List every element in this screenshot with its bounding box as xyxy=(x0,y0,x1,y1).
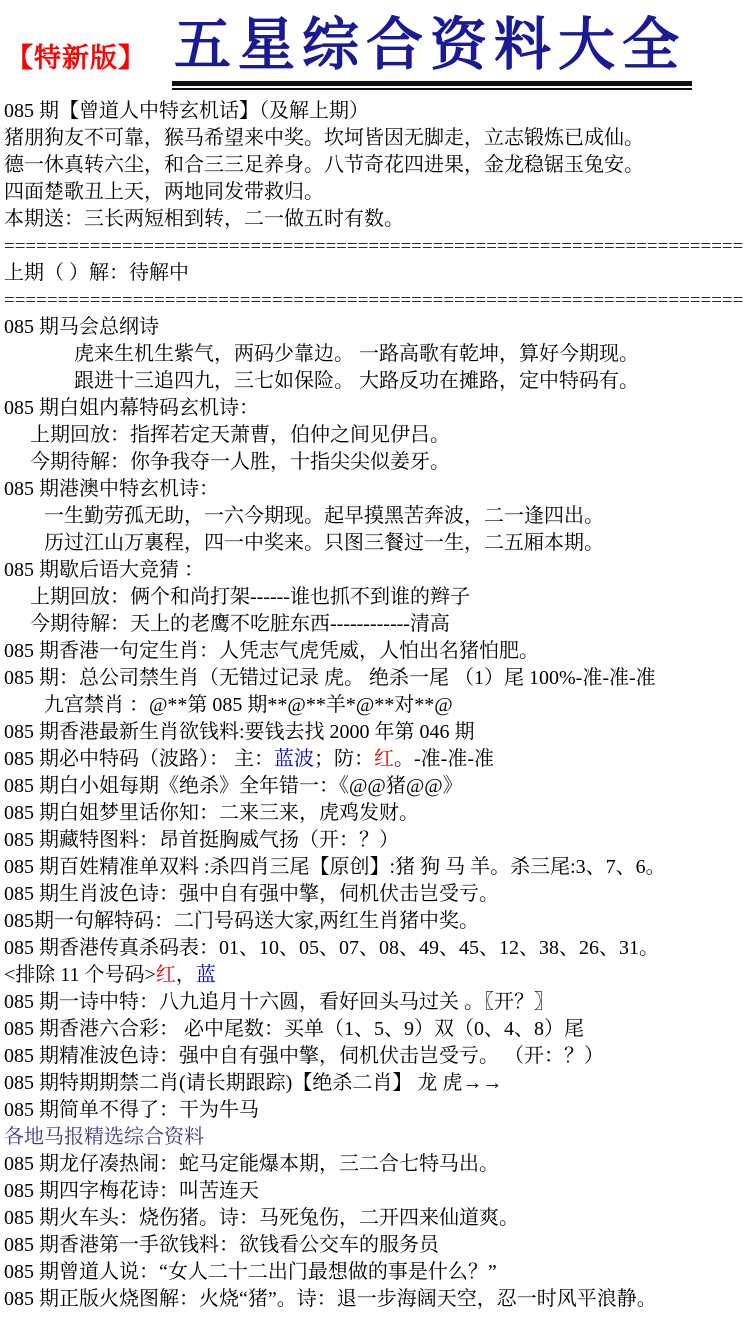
text-line: 本期送：三长两短相到转，二一做五时有数。 xyxy=(4,206,744,233)
text-line: 085期一句解特码：二门号码送大家,两红生肖猪中奖。 xyxy=(4,908,744,935)
text-line: 上期回放：指挥若定天萧曹，伯仲之间见伊吕。 xyxy=(4,422,744,449)
text-line: 085 期四字梅花诗：叫苦连天 xyxy=(4,1178,744,1205)
separator-line: ========================================… xyxy=(4,233,744,260)
text-line: 085 期歇后语大竞猜 ： xyxy=(4,557,744,584)
text-line: 九宫禁肖 ：@**第 085 期**@**羊*@**对**@ xyxy=(4,692,744,719)
text-line: 085 期生肖波色诗：强中自有强中擎，伺机伏击岂受亏。 xyxy=(4,881,744,908)
colored-text: 蓝 xyxy=(196,964,216,986)
text-line: 085 期香港第一手欲钱料：欲钱看公交车的服务员 xyxy=(4,1232,744,1259)
text-line: 历过江山万裏程，四一中奖来。只图三餐过一生，二五厢本期。 xyxy=(4,530,744,557)
text-line: 一生勤劳孤无助，一六今期现。起早摸黑苦奔波，二一逢四出。 xyxy=(4,503,744,530)
colored-text: 红 xyxy=(156,964,176,986)
text-line: 085 期火车头：烧伤猪。诗：马死兔伤，二开四来仙道爽。 xyxy=(4,1205,744,1232)
text-line: 085 期正版火烧图解：火烧“猪”。诗：退一步海阔天空，忍一时风平浪静。 xyxy=(4,1286,744,1313)
text-segment: 。-准-准-准 xyxy=(394,748,494,770)
text-segment: ， xyxy=(176,964,196,986)
title-wrap: 五星综合资料大全 xyxy=(172,17,692,86)
text-line: <排除 11 个号码>红，蓝 xyxy=(4,962,744,989)
page-title: 五星综合资料大全 xyxy=(172,17,692,86)
colored-text: 蓝波 xyxy=(274,748,314,770)
text-line: 085 期香港最新生肖欲钱料:要钱去找 2000 年第 046 期 xyxy=(4,719,744,746)
separator-line: ========================================… xyxy=(4,287,744,314)
text-line: 085 期藏特图料：昂首挺胸威气扬（开：？） xyxy=(4,827,744,854)
text-line: 085 期龙仔凑热闹：蛇马定能爆本期，三二合七特马出。 xyxy=(4,1151,744,1178)
text-segment: <排除 11 个号码> xyxy=(4,964,156,986)
text-line: 085 期白姐梦里话你知：二来三来，虎鸡发财。 xyxy=(4,800,744,827)
text-line: 085 期：总公司禁生肖（无错过记录 虎。 绝杀一尾 （1）尾 100%-准-准… xyxy=(4,665,744,692)
colored-text: 红 xyxy=(374,748,394,770)
text-line: 085 期香港六合彩： 必中尾数：买单（1、5、9）双（0、4、8）尾 xyxy=(4,1016,744,1043)
section-heading: 各地马报精选综合资料 xyxy=(4,1124,744,1151)
text-line: 上期回放：俩个和尚打架------谁也抓不到谁的辫子 xyxy=(4,584,744,611)
text-line: 085 期白小姐每期《绝杀》全年错一：《@@猪@@》 xyxy=(4,773,744,800)
text-line: 085 期百姓精准单双料 :杀四肖三尾【原创】:猪 狗 马 羊。杀三尾:3、7、… xyxy=(4,854,744,881)
text-line: 085 期白姐内幕特码玄机诗： xyxy=(4,395,744,422)
text-line: 085 期特期期禁二肖(请长期跟踪)【绝杀二肖】 龙 虎→→ xyxy=(4,1070,744,1097)
text-line: 085 期马会总纲诗 xyxy=(4,314,744,341)
text-line: 上期（ ）解：待解中 xyxy=(4,260,744,287)
text-line: 今期待解：天上的老鹰不吃脏东西------------清高 xyxy=(4,611,744,638)
header: 【特新版】 五星综合资料大全 xyxy=(0,0,744,86)
text-line: 085 期曾道人说：“女人二十二出门最想做的事是什么？” xyxy=(4,1259,744,1286)
text-line: 虎来生机生紫气，两码少靠边。 一路高歌有乾坤，算好今期现。 xyxy=(4,341,744,368)
text-segment: ；防： xyxy=(314,748,374,770)
text-segment: 085 期必中特码（波路）： 主： xyxy=(4,748,274,770)
text-line: 085 期简单不得了：干为牛马 xyxy=(4,1097,744,1124)
text-line: 跟进十三追四九，三七如保险。 大路反功在摊路，定中特码有。 xyxy=(4,368,744,395)
text-line: 085 期港澳中特玄机诗： xyxy=(4,476,744,503)
text-line: 085 期香港传真杀码表：01、10、05、07、08、49、45、12、38、… xyxy=(4,935,744,962)
text-line: 德一休真转六尘，和合三三足养身。八节奇花四进果，金龙稳锯玉兔安。 xyxy=(4,152,744,179)
text-line: 085 期精准波色诗：强中自有强中擎，伺机伏击岂受亏。 （开：？） xyxy=(4,1043,744,1070)
text-line: 今期待解：你争我夺一人胜，十指尖尖似姜牙。 xyxy=(4,449,744,476)
text-line: 085 期一诗中特：八九追月十六圆，看好回头马过关 。〖开？〗 xyxy=(4,989,744,1016)
text-line: 四面楚歌丑上天，两地同发带救归。 xyxy=(4,179,744,206)
text-line: 085 期【曾道人中特玄机话】（及解上期） xyxy=(4,98,744,125)
content-lines: 085 期【曾道人中特玄机话】（及解上期）猪朋狗友不可靠，猴马希望来中奖。坎坷皆… xyxy=(0,98,744,1313)
text-line: 085 期必中特码（波路）： 主：蓝波；防：红。-准-准-准 xyxy=(4,746,744,773)
text-line: 085 期香港一句定生肖：人凭志气虎凭威，人怕出名猪怕肥。 xyxy=(4,638,744,665)
text-line: 猪朋狗友不可靠，猴马希望来中奖。坎坷皆因无脚走，立志锻炼已成仙。 xyxy=(4,125,744,152)
edition-badge: 【特新版】 xyxy=(6,45,146,72)
